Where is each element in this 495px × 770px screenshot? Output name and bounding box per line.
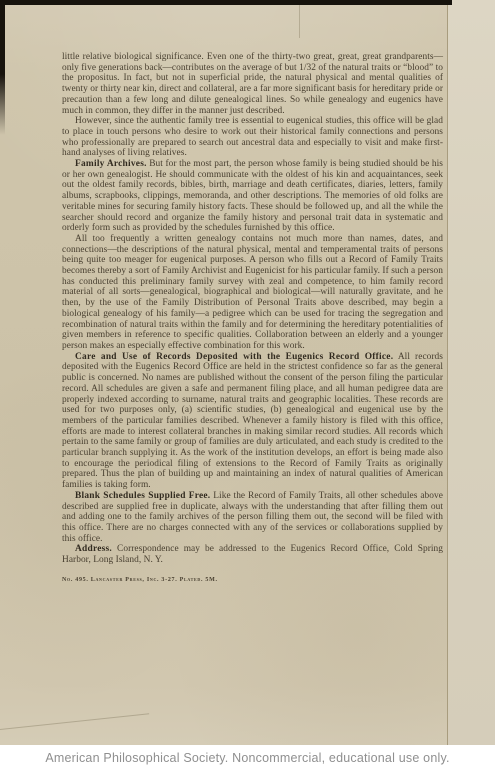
paragraph-lead: Address.: [75, 544, 112, 554]
document-scan: little relative biological significance.…: [0, 0, 495, 745]
paragraph-lead: Care and Use of Records Deposited with t…: [75, 352, 393, 362]
paragraph-lead: Blank Schedules Supplied Free.: [75, 491, 210, 501]
paper-crease-top: [299, 2, 300, 38]
paragraph: Address. Correspondence may be addressed…: [62, 544, 443, 565]
page-text: little relative biological significance.…: [62, 52, 443, 585]
printer-imprint: No. 495. Lancaster Press, Inc. 3-27. Pla…: [62, 575, 443, 586]
paragraph: Blank Schedules Supplied Free. Like the …: [62, 491, 443, 545]
paragraph-body: little relative biological significance.…: [62, 52, 443, 116]
paragraph: little relative biological significance.…: [62, 52, 443, 116]
paragraph: All too frequently a written genealogy c…: [62, 234, 443, 352]
caption-bar: American Philosophical Society. Noncomme…: [0, 745, 495, 770]
paragraph-body: All records deposited with the Eugenics …: [62, 352, 443, 490]
paragraph: Family Archives. But for the most part, …: [62, 159, 443, 234]
paragraph-body: However, since the authentic family tree…: [62, 116, 443, 158]
backing-sheet: [447, 0, 495, 745]
paper-crease-bottom: [0, 713, 149, 731]
caption-text: American Philosophical Society. Noncomme…: [45, 751, 449, 765]
paragraph-lead: Family Archives.: [75, 159, 147, 169]
paragraph-body: Correspondence may be addressed to the E…: [62, 544, 443, 565]
paragraph-body: All too frequently a written genealogy c…: [62, 234, 443, 351]
scan-edge-top: [0, 0, 452, 5]
paragraph: Care and Use of Records Deposited with t…: [62, 352, 443, 491]
paragraph: However, since the authentic family tree…: [62, 116, 443, 159]
scan-edge-left: [0, 0, 5, 135]
paragraph-body: But for the most part, the person whose …: [62, 159, 443, 233]
